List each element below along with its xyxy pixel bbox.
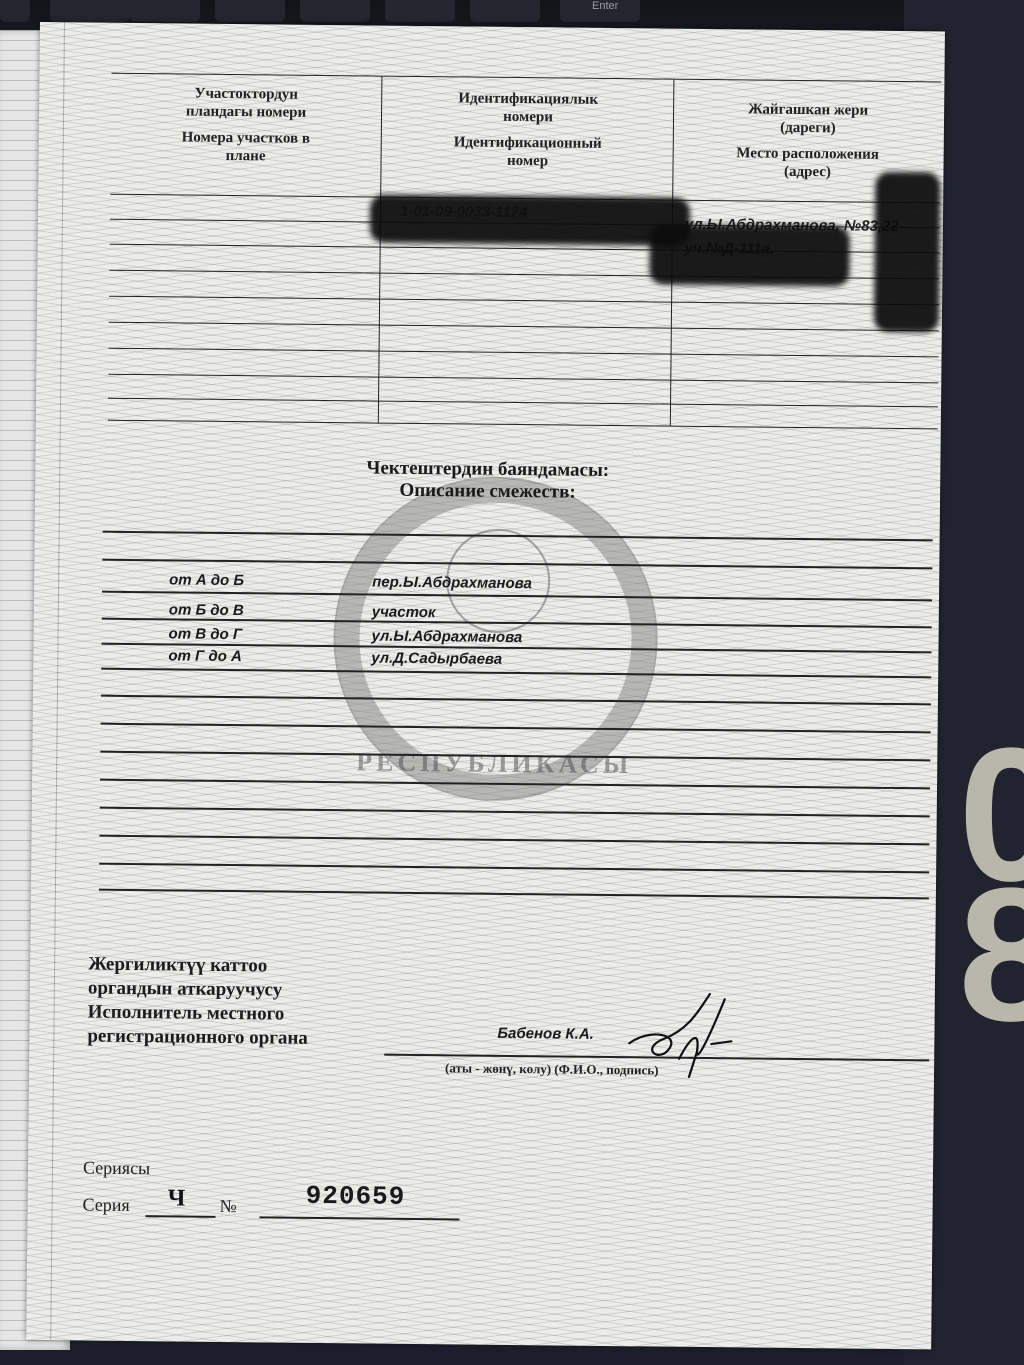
- registrar-label: Жергиликтүү каттоо органдын аткаруучусу …: [87, 953, 308, 1051]
- certificate-number: 920659: [306, 1181, 406, 1212]
- series-label-ky: Сериясы: [83, 1158, 150, 1180]
- keyboard-key: [130, 0, 200, 22]
- registrar-label-line: органдын аткаруучусу: [88, 977, 309, 1003]
- keyboard-key: [50, 0, 130, 22]
- segment-label: от Б до В: [169, 601, 244, 619]
- signer-name: Бабенов К.А.: [497, 1025, 594, 1043]
- column-header: Жайгашкан жери (дареги) Место расположен…: [673, 80, 942, 183]
- page-fold: [50, 22, 65, 1340]
- header-ru: Место расположения (адрес): [717, 144, 897, 182]
- registrar-label-line: Исполнитель местного: [88, 1001, 309, 1027]
- emblem-text: РЕСПУБЛИКАСЫ: [334, 747, 654, 780]
- header-ky: Участоктордун пландагы номери: [166, 84, 326, 122]
- header-ru: Номера участков в плане: [161, 128, 331, 166]
- land-certificate-page: Участоктордун пландагы номери Номера уча…: [26, 22, 945, 1349]
- number-sign: №: [219, 1196, 236, 1217]
- keyboard-key: [385, 0, 455, 22]
- column-header: Идентификациялык номери Идентификационны…: [381, 77, 674, 172]
- neighbor-value: ул.Д.Садырбаева: [371, 650, 502, 668]
- redaction-mark: [649, 224, 850, 286]
- keyboard-key: [0, 0, 30, 22]
- segment-label: от А до Б: [169, 571, 244, 589]
- keyboard-key: [215, 0, 285, 22]
- keyboard-key: [300, 0, 370, 22]
- header-ru: Идентификационный номер: [432, 133, 622, 171]
- handwritten-signature-icon: [619, 988, 740, 1079]
- redaction-mark: [370, 194, 690, 245]
- mat-digit: 8: [958, 860, 1024, 1050]
- neighbor-value: ул.Ы.Абдрахманова: [371, 628, 522, 647]
- series-label-ru: Серия: [83, 1195, 130, 1216]
- header-ky: Идентификациялык номери: [438, 89, 618, 127]
- keyboard-key: [470, 0, 540, 22]
- enter-key-label: Enter: [592, 0, 618, 12]
- registrar-label-line: Жергиликтүү каттоо: [88, 953, 309, 979]
- column-plan-number: Участоктордун пландагы номери Номера уча…: [108, 74, 382, 423]
- segment-label: от Г до А: [168, 647, 242, 665]
- column-identification-number: Идентификациялык номери Идентификационны…: [378, 77, 675, 426]
- parcels-table: Участоктордун пландагы номери Номера уча…: [108, 73, 942, 430]
- segment-label: от В до Г: [169, 625, 243, 643]
- header-ky: Жайгашкан жери (дареги): [733, 100, 883, 138]
- column-header: Участоктордун пландагы номери Номера уча…: [111, 74, 382, 167]
- redaction-mark: [874, 172, 941, 333]
- neighbor-value: участок: [372, 604, 436, 622]
- registrar-label-line: регистрационного органа: [87, 1025, 308, 1051]
- neighbor-value: пер.Ы.Абдрахманова: [372, 574, 532, 593]
- series-letter: Ч: [168, 1185, 186, 1212]
